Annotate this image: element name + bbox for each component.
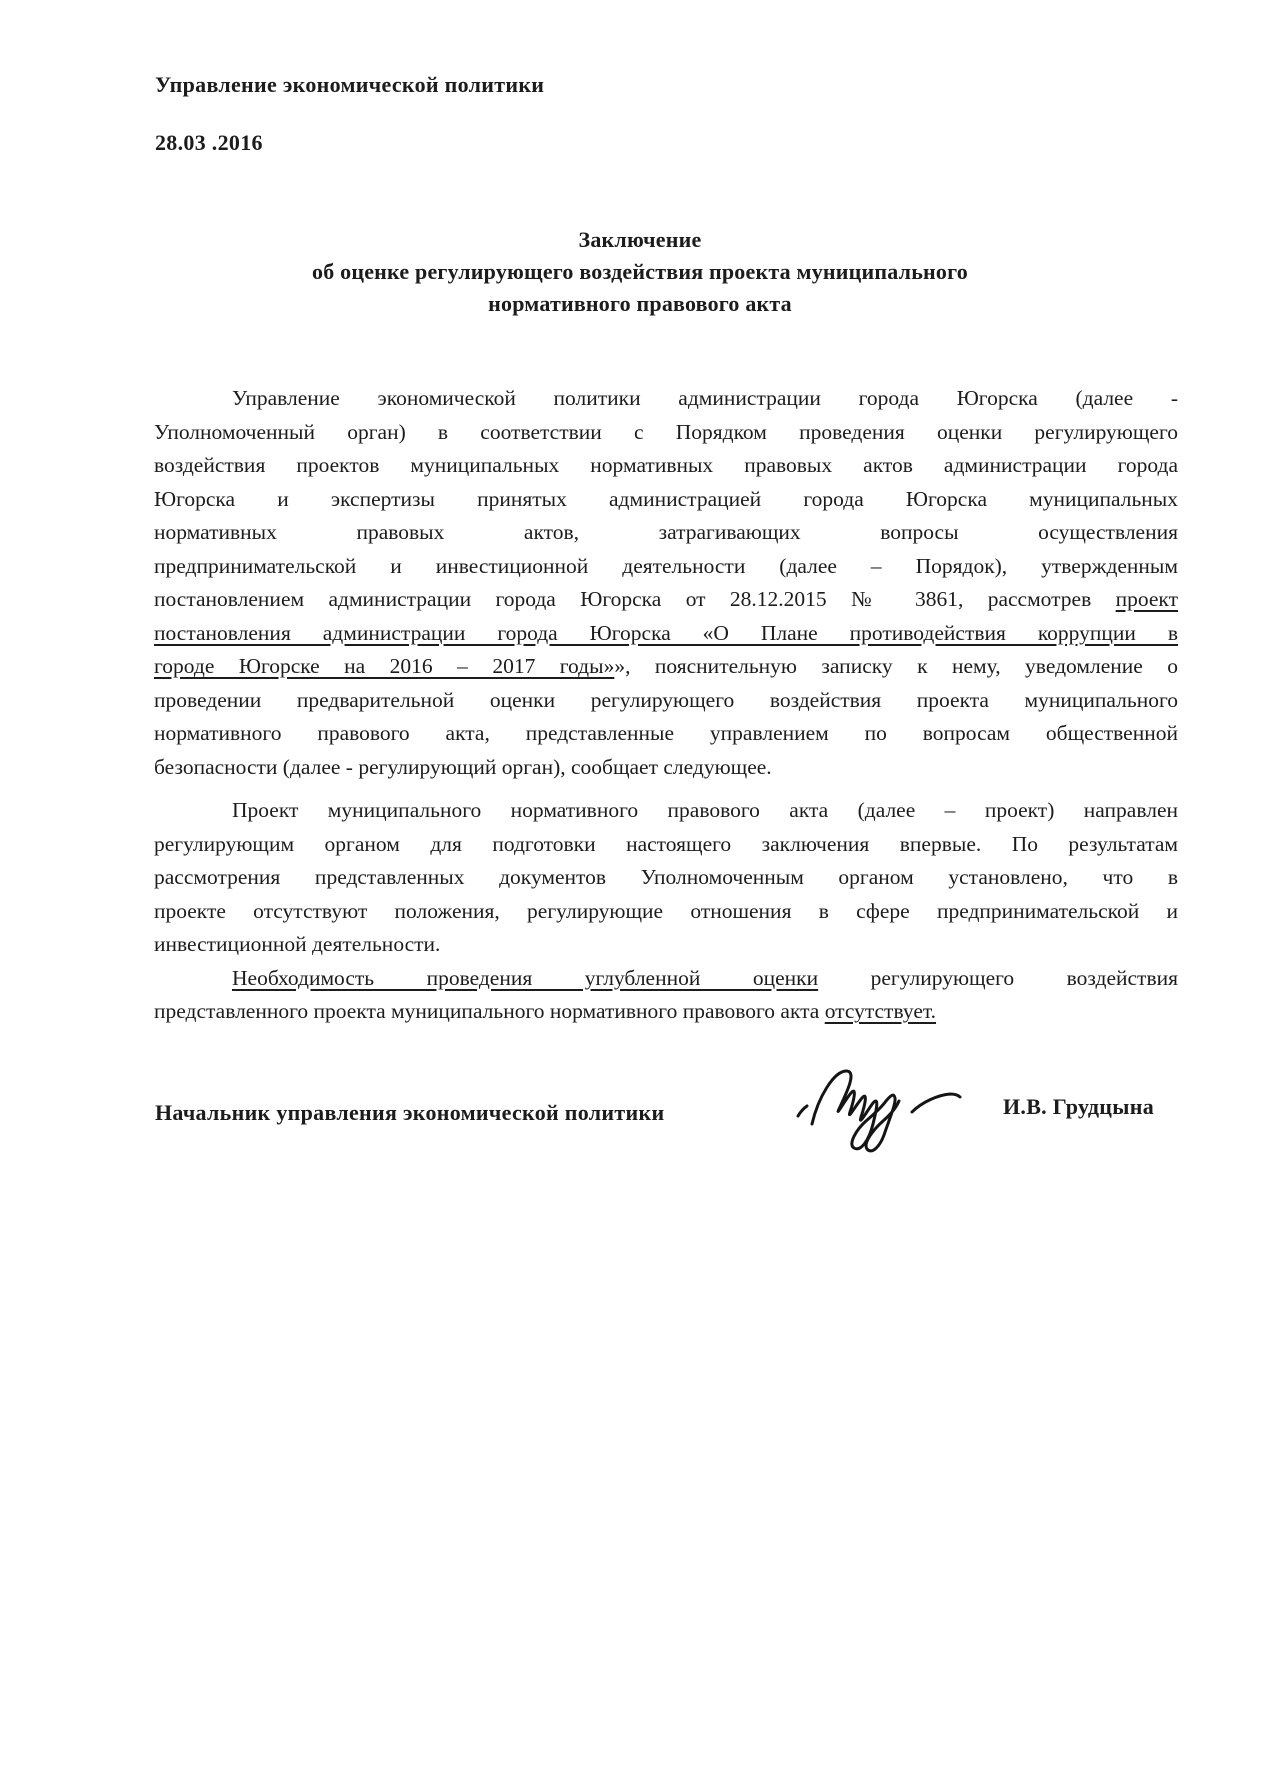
document-page: Управление экономической политики 28.03 …	[0, 0, 1276, 1766]
underlined-text: постановления администрации города Югорс…	[154, 621, 1178, 645]
underlined-text: проект	[1116, 587, 1178, 611]
text-line: постановления администрации города Югорс…	[154, 617, 1178, 651]
text-line: Уполномоченный орган) в соответствии с П…	[154, 416, 1178, 450]
text-segment: Управление экономической политики админи…	[232, 386, 1178, 410]
doc-title: Заключениеоб оценке регулирующего воздей…	[150, 224, 1130, 320]
paragraph: Необходимость проведения углубленной оце…	[154, 962, 1178, 1029]
text-line: проведении предварительной оценки регули…	[154, 684, 1178, 718]
underlined-text: Необходимость проведения углубленной оце…	[232, 966, 818, 990]
text-segment: представленного проекта муниципального н…	[154, 999, 825, 1023]
text-line: нормативных правовых актов, затрагивающи…	[154, 516, 1178, 550]
title-line: об оценке регулирующего воздействия прое…	[150, 256, 1130, 288]
underlined-text: городе Югорске на 2016 – 2017 годы»	[154, 654, 614, 678]
title-line: Заключение	[150, 224, 1130, 256]
text-segment: нормативных правовых актов, затрагивающи…	[154, 520, 1178, 544]
text-segment: предпринимательской и инвестиционной дея…	[154, 554, 1178, 578]
text-line: проекте отсутствуют положения, регулирую…	[154, 895, 1178, 929]
text-segment: регулирующего воздействия	[818, 966, 1178, 990]
text-segment: регулирующим органом для подготовки наст…	[154, 832, 1178, 856]
doc-body: Управление экономической политики админи…	[154, 382, 1178, 1029]
signer-name: И.В. Грудцына	[1003, 1094, 1154, 1120]
underlined-text: отсутствует.	[825, 999, 936, 1023]
text-segment: воздействия проектов муниципальных норма…	[154, 453, 1178, 477]
text-segment: безопасности (далее - регулирующий орган…	[154, 755, 772, 779]
text-segment: Югорска и экспертизы принятых администра…	[154, 487, 1178, 511]
text-line: рассмотрения представленных документов У…	[154, 861, 1178, 895]
org-name: Управление экономической политики	[155, 72, 544, 98]
text-line: городе Югорске на 2016 – 2017 годы»», по…	[154, 650, 1178, 684]
paragraph: Управление экономической политики админи…	[154, 382, 1178, 784]
text-segment: », пояснительную записку к нему, уведомл…	[614, 654, 1178, 678]
signer-position: Начальник управления экономической полит…	[155, 1100, 664, 1126]
text-segment: инвестиционной деятельности.	[154, 932, 440, 956]
text-line: Управление экономической политики админи…	[154, 382, 1178, 416]
text-segment: постановлением администрации города Югор…	[154, 587, 1116, 611]
text-segment: рассмотрения представленных документов У…	[154, 865, 1178, 889]
text-segment: Проект муниципального нормативного право…	[232, 798, 1178, 822]
text-line: безопасности (далее - регулирующий орган…	[154, 751, 1178, 785]
title-line: нормативного правового акта	[150, 288, 1130, 320]
text-line: Проект муниципального нормативного право…	[154, 794, 1178, 828]
paragraph: Проект муниципального нормативного право…	[154, 794, 1178, 962]
text-line: представленного проекта муниципального н…	[154, 995, 1178, 1029]
text-line: Необходимость проведения углубленной оце…	[154, 962, 1178, 996]
text-line: нормативного правового акта, представлен…	[154, 717, 1178, 751]
doc-date: 28.03 .2016	[155, 130, 263, 156]
signature-icon	[790, 1050, 968, 1168]
text-line: постановлением администрации города Югор…	[154, 583, 1178, 617]
text-line: Югорска и экспертизы принятых администра…	[154, 483, 1178, 517]
text-line: регулирующим органом для подготовки наст…	[154, 828, 1178, 862]
text-line: инвестиционной деятельности.	[154, 928, 1178, 962]
text-segment: проекте отсутствуют положения, регулирую…	[154, 899, 1178, 923]
text-line: предпринимательской и инвестиционной дея…	[154, 550, 1178, 584]
text-segment: проведении предварительной оценки регули…	[154, 688, 1178, 712]
text-segment: Уполномоченный орган) в соответствии с П…	[154, 420, 1178, 444]
text-line: воздействия проектов муниципальных норма…	[154, 449, 1178, 483]
text-segment: нормативного правового акта, представлен…	[154, 721, 1178, 745]
